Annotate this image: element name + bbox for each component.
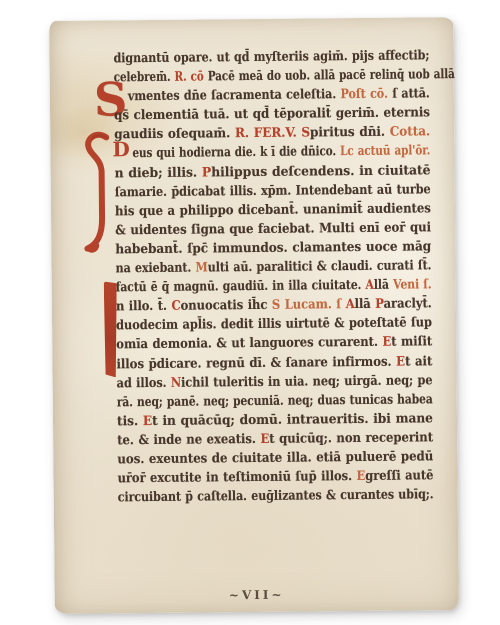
text-segment: te. & inde ne exeatis.: [117, 432, 260, 448]
text-segment: M: [195, 260, 207, 275]
text-segment: gaudiis oſequam̄.: [114, 127, 235, 143]
text-segment: E: [396, 354, 405, 369]
text-segment: ſ attā.: [392, 86, 430, 101]
photo-background: S D dignantū opare. ut qd̄ myſteriis agi…: [0, 0, 500, 625]
text-segment: t ait: [405, 354, 432, 369]
text-segment: Veni ſ.: [393, 277, 432, 292]
text-segment: Poſt cō.: [340, 87, 392, 102]
text-segment: t quicūq;. non receperint: [269, 430, 433, 447]
manuscript-leaf: S D dignantū opare. ut qd̄ myſteriis agi…: [49, 17, 459, 614]
text-segment: araclyt̄.: [383, 297, 431, 312]
text-segment: tis.: [117, 414, 143, 429]
text-segment: E: [143, 414, 152, 429]
text-segment: P: [375, 297, 383, 312]
text-segment: llā: [374, 278, 393, 293]
text-segment: C: [171, 299, 180, 314]
text-segment: piritus dn̄i.: [310, 125, 390, 141]
text-segment: R. cō: [174, 70, 207, 85]
text-segment: S Lucam. ſ: [272, 297, 346, 313]
text-line-24: circuibant p̄ caſtella. euḡlizantes & cu…: [118, 483, 434, 505]
text-segment: circuibant p̄ caſtella. euḡlizantes & cu…: [118, 487, 434, 505]
text-segment: Cotta.: [390, 125, 431, 140]
text-segment: Lc actuū apl'ōr.: [340, 144, 430, 160]
text-segment: celebrem̄.: [114, 70, 175, 86]
initial-d-flourish-icon: [79, 130, 116, 254]
text-segment: E: [260, 432, 269, 447]
text-segment: greſſi autē: [365, 468, 433, 484]
text-segment: llā: [355, 297, 376, 312]
folio-mark: ~VII~: [55, 586, 459, 604]
text-segment: N: [171, 375, 181, 390]
text-block: dignantū opare. ut qd̄ myſteriis agim̄. …: [113, 44, 433, 505]
text-segment: t miſit: [391, 335, 432, 350]
text-segment: E: [356, 469, 365, 484]
text-segment: ad illos.: [117, 375, 171, 391]
text-segment: onuocatis ih̄c: [181, 298, 272, 314]
text-segment: A: [346, 297, 355, 312]
text-segment: n dieb; illis.: [115, 165, 202, 181]
text-segment: n illo. t̄.: [116, 299, 172, 315]
text-segment: P: [202, 165, 211, 180]
text-segment: E: [382, 335, 391, 350]
text-segment: na exiebant.: [115, 261, 195, 277]
text-segment: R. FER.V.: [235, 126, 302, 142]
